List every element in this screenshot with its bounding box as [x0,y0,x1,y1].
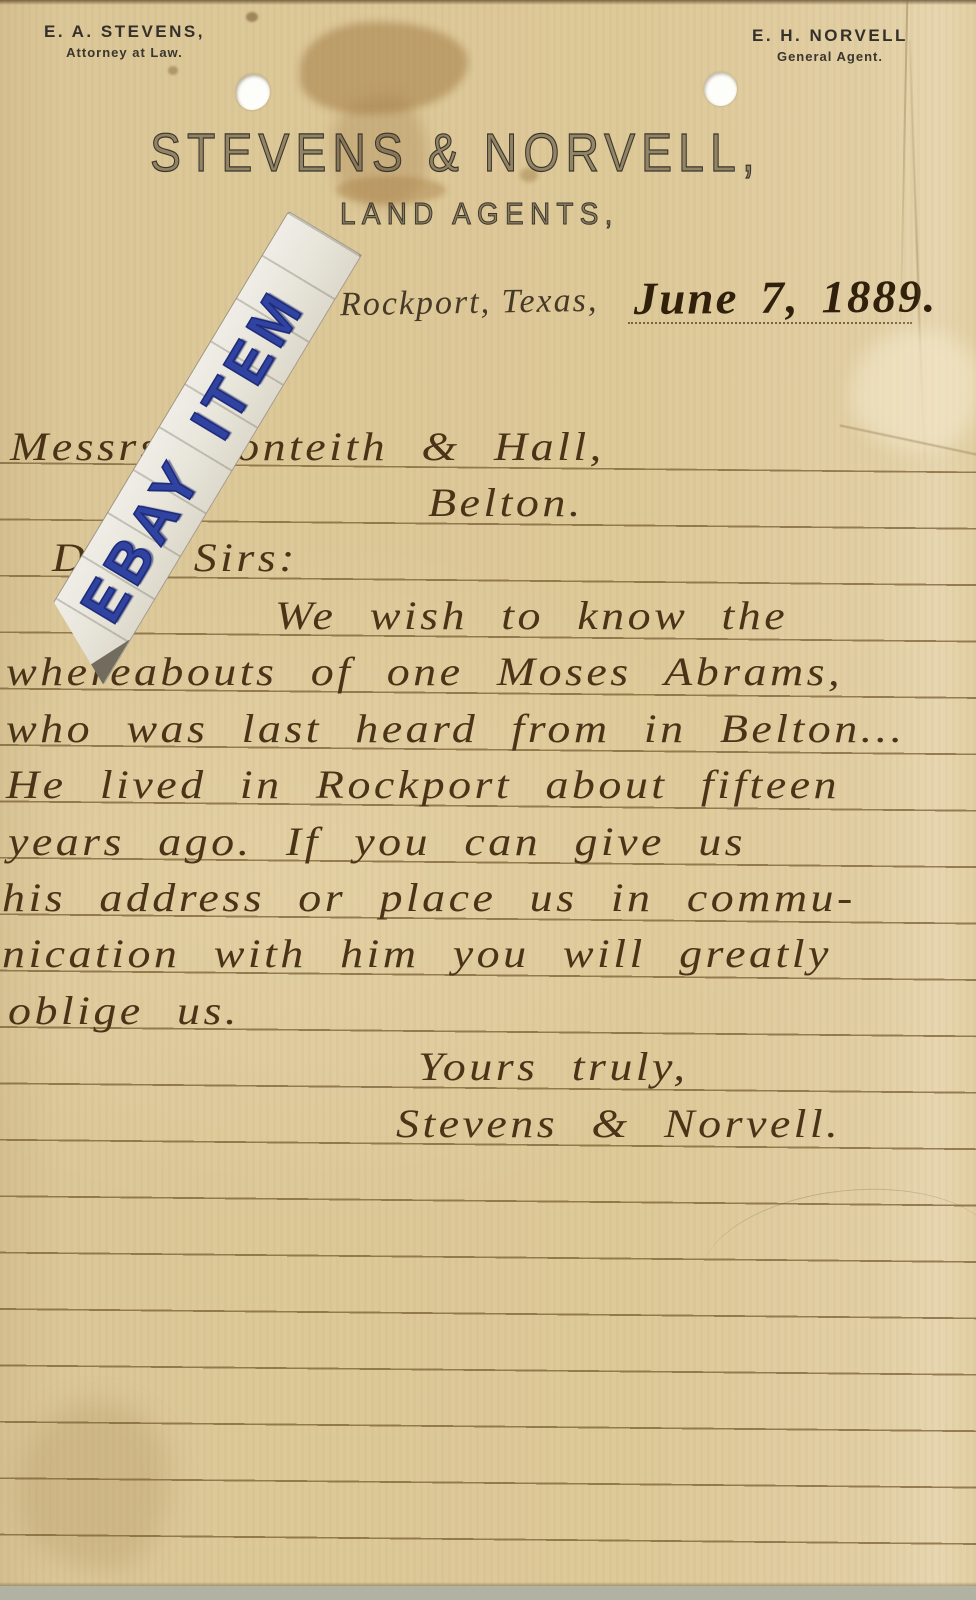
paper-top-edge [0,0,976,5]
body-line: who was last heard from in Belton... [6,709,905,749]
firm-name: STEVENS & NORVELL, [150,122,761,184]
paper-crease [839,424,976,457]
body-line: He lived in Rockport about fifteen [6,765,840,805]
paper-fold-highlight [850,330,976,450]
paper-crease [909,40,926,460]
recipient-line: Messrs Monteith & Hall, [10,427,605,467]
stain-speck [168,66,178,75]
dateline-date-handwritten: June 7, 1889. [634,273,938,322]
letterhead-right-name: E. H. NORVELL [752,26,908,46]
closing-line: Yours truly, [418,1047,688,1087]
letterhead-left-name: E. A. STEVENS, [44,22,205,42]
signature-line: Stevens & Norvell. [396,1104,841,1144]
letterhead-left-block: E. A. STEVENS, Attorney at Law. [44,22,205,60]
body-line: oblige us. [8,991,240,1031]
punch-hole-left [236,74,270,110]
body-line: his address or place us in commu- [2,878,856,918]
recipient-place: Belton. [428,483,584,523]
letterhead-left-role: Attorney at Law. [44,45,205,60]
dateline-place: Rockport, Texas, [340,282,599,325]
body-line: We wish to know the [275,596,788,636]
body-line: nication with him you will greatly [2,934,832,974]
body-line: whereabouts of one Moses Abrams, [6,652,843,692]
body-line: years ago. If you can give us [8,822,746,862]
punch-hole-right [704,72,737,106]
paper-bottom-edge [0,1586,976,1600]
letterhead-right-block: E. H. NORVELL General Agent. [752,26,908,64]
firm-subtitle: LAND AGENTS, [340,196,619,232]
letterhead-right-role: General Agent. [752,49,908,64]
letter-document-scan: E. A. STEVENS, Attorney at Law. E. H. NO… [0,0,976,1600]
stain-blob [300,22,468,114]
stain-speck [246,12,258,22]
